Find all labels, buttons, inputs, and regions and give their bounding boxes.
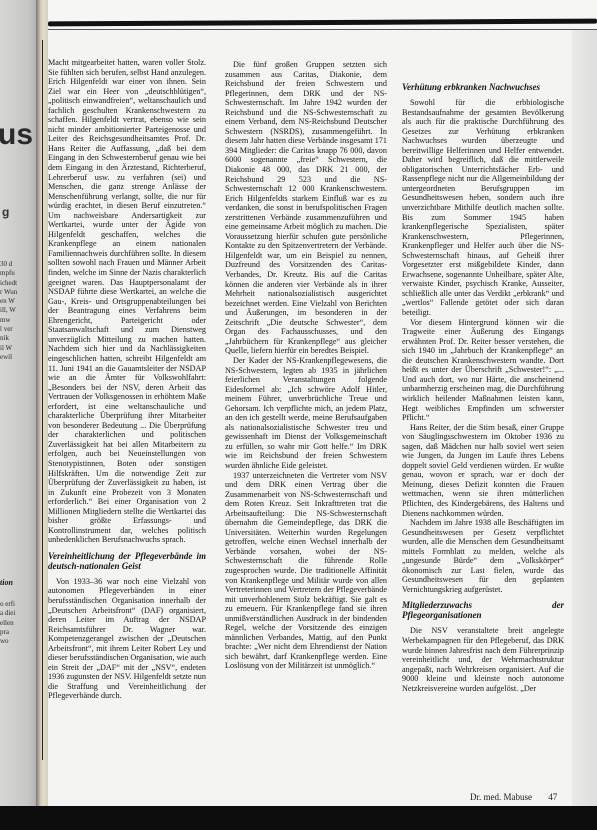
facing-page-text-fragment-bottom: o erfi a diei ellen pra wo	[0, 600, 40, 646]
paragraph: Sowohl für die erbbiologische Bestandsau…	[402, 98, 564, 318]
paragraph: Macht mitgearbeitet hatten, waren voller…	[48, 58, 206, 545]
paragraph: Die NSV veranstaltete breit angelegte We…	[402, 626, 564, 693]
section-heading: Verhütung erbkranken Nachwuchses	[402, 82, 564, 92]
facing-page-mark: g	[2, 205, 9, 219]
section-heading: Mitgliederzuwachs der Pflegeorganisation…	[402, 600, 564, 620]
paragraph: Von 1933–36 war noch eine Vielzahl von a…	[48, 577, 206, 701]
paragraph: Die fünf großen Gruppen setzten sich zus…	[225, 60, 387, 356]
section-heading: Vereinheitlichung der Pflegeverbände im …	[48, 551, 206, 571]
paragraph: Nachdem im Jahre 1938 alle Beschäftigten…	[402, 518, 564, 594]
page-number: 47	[548, 792, 557, 802]
text-column-1: Macht mitgearbeitet hatten, waren voller…	[48, 58, 206, 748]
text-column-3: Verhütung erbkranken Nachwuchses Sowohl …	[402, 38, 564, 778]
paragraph: Hans Reiter, der die Stirn besaß, einer …	[402, 423, 564, 518]
text-column-2: Die fünf großen Gruppen setzten sich zus…	[225, 60, 387, 780]
footer-publication: Dr. med. Mabuse	[470, 792, 532, 802]
gutter-shadow-line	[42, 40, 43, 760]
paragraph: Der Kader der NS-Krankenpflegewesens, di…	[225, 356, 387, 471]
facing-page-edge: us g 30 d mpfu ichedt r Wun en W ill, W …	[0, 0, 40, 830]
facing-page-text-fragment: 30 d mpfu ichedt r Wun en W ill, W mw l …	[0, 260, 40, 362]
page-footer: Dr. med. Mabuse 47	[470, 792, 557, 802]
header-rule-thin	[48, 29, 597, 30]
page-right-margin	[572, 30, 597, 806]
facing-page-heading-fragment: tion	[0, 578, 13, 587]
scan-bottom-shadow	[0, 806, 597, 830]
paragraph: Vor diesem Hintergrund können wir die Tr…	[402, 318, 564, 423]
paragraph: 1937 unterzeichneten die Vertreter vom N…	[225, 471, 387, 671]
facing-page-title-fragment: us	[0, 118, 33, 152]
